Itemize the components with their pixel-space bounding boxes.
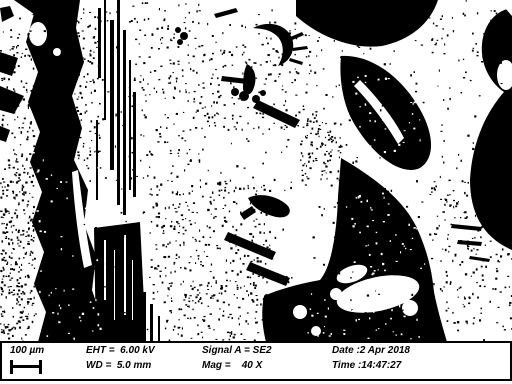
wd-field: WD = 5.0 mm [86, 360, 151, 372]
date-field: Date :2 Apr 2018 [332, 345, 410, 357]
scale-bar-label: 100 µm [10, 345, 44, 357]
sem-micrograph [0, 0, 512, 342]
info-bar: 100 µm EHT = 6.00 kV WD = 5.0 mm Signal … [0, 341, 512, 381]
scale-bar-line [13, 365, 39, 368]
sem-screenshot: 100 µm EHT = 6.00 kV WD = 5.0 mm Signal … [0, 0, 512, 384]
scale-bar [10, 360, 42, 374]
signal-field: Signal A = SE2 [202, 345, 272, 357]
time-field: Time :14:47:27 [332, 360, 401, 372]
mag-field: Mag = 40 X [202, 360, 262, 372]
eht-field: EHT = 6.00 kV [86, 345, 155, 357]
